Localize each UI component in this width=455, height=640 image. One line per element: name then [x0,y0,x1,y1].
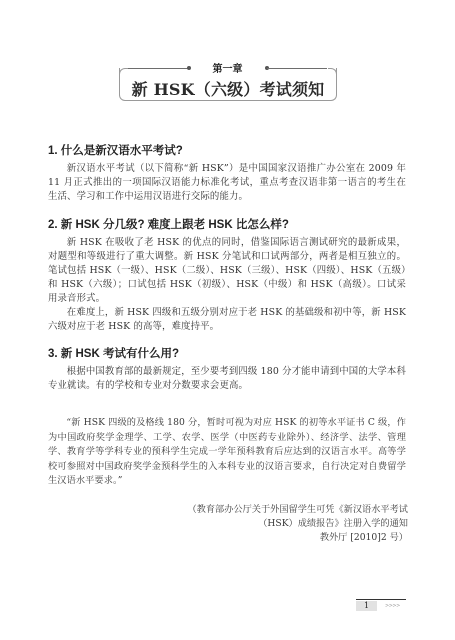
section-heading: 3. 新 HSK 考试有什么用? [48,346,406,362]
footer-rule [356,599,406,600]
section-hsk-usage: 3. 新 HSK 考试有什么用? 根据中国教育部的最新规定，至少要考到四级 18… [48,346,406,393]
source-line: （HSK）成绩报告》注册入学的通知 [150,517,408,531]
page-arrows-icon: >>>> [385,601,400,611]
paragraph: 新 HSK 在吸收了老 HSK 的优点的同时，借鉴国际语言测试研究的最新成果，对… [48,236,406,306]
document-body: 1. 什么是新汉语水平考试? 新汉语水平考试（以下简称“新 HSK”）是中国国家… [48,143,406,405]
paragraph: 根据中国教育部的最新规定，至少要考到四级 180 分才能申请到中国的大学本科专业… [48,365,406,393]
section-what-is-hsk: 1. 什么是新汉语水平考试? 新汉语水平考试（以下简称“新 HSK”）是中国国家… [48,143,406,204]
chapter-title: 新 HSK（六级）考试须知 [119,77,337,100]
section-heading: 2. 新 HSK 分几级? 难度上跟老 HSK 比怎么样? [48,217,406,233]
section-heading: 1. 什么是新汉语水平考试? [48,143,406,159]
block-quote: “新 HSK 四级的及格线 180 分，暂时可视为对应 HSK 的初等水平证书 … [48,416,406,489]
paragraph: 在难度上，新 HSK 四级和五级分别对应于老 HSK 的基础级和初中等，新 HS… [48,306,406,334]
source-line: 教外厅 [2010]2 号） [150,531,408,545]
page-number: 1 [356,601,377,611]
paragraph: 新汉语水平考试（以下简称“新 HSK”）是中国国家汉语推广办公室在 2009 年… [48,162,406,204]
section-hsk-levels: 2. 新 HSK 分几级? 难度上跟老 HSK 比怎么样? 新 HSK 在吸收了… [48,217,406,334]
source-line: （教育部办公厅关于外国留学生可凭《新汉语水平考试 [150,503,408,517]
quote-source: （教育部办公厅关于外国留学生可凭《新汉语水平考试 （HSK）成绩报告》注册入学的… [150,503,408,545]
